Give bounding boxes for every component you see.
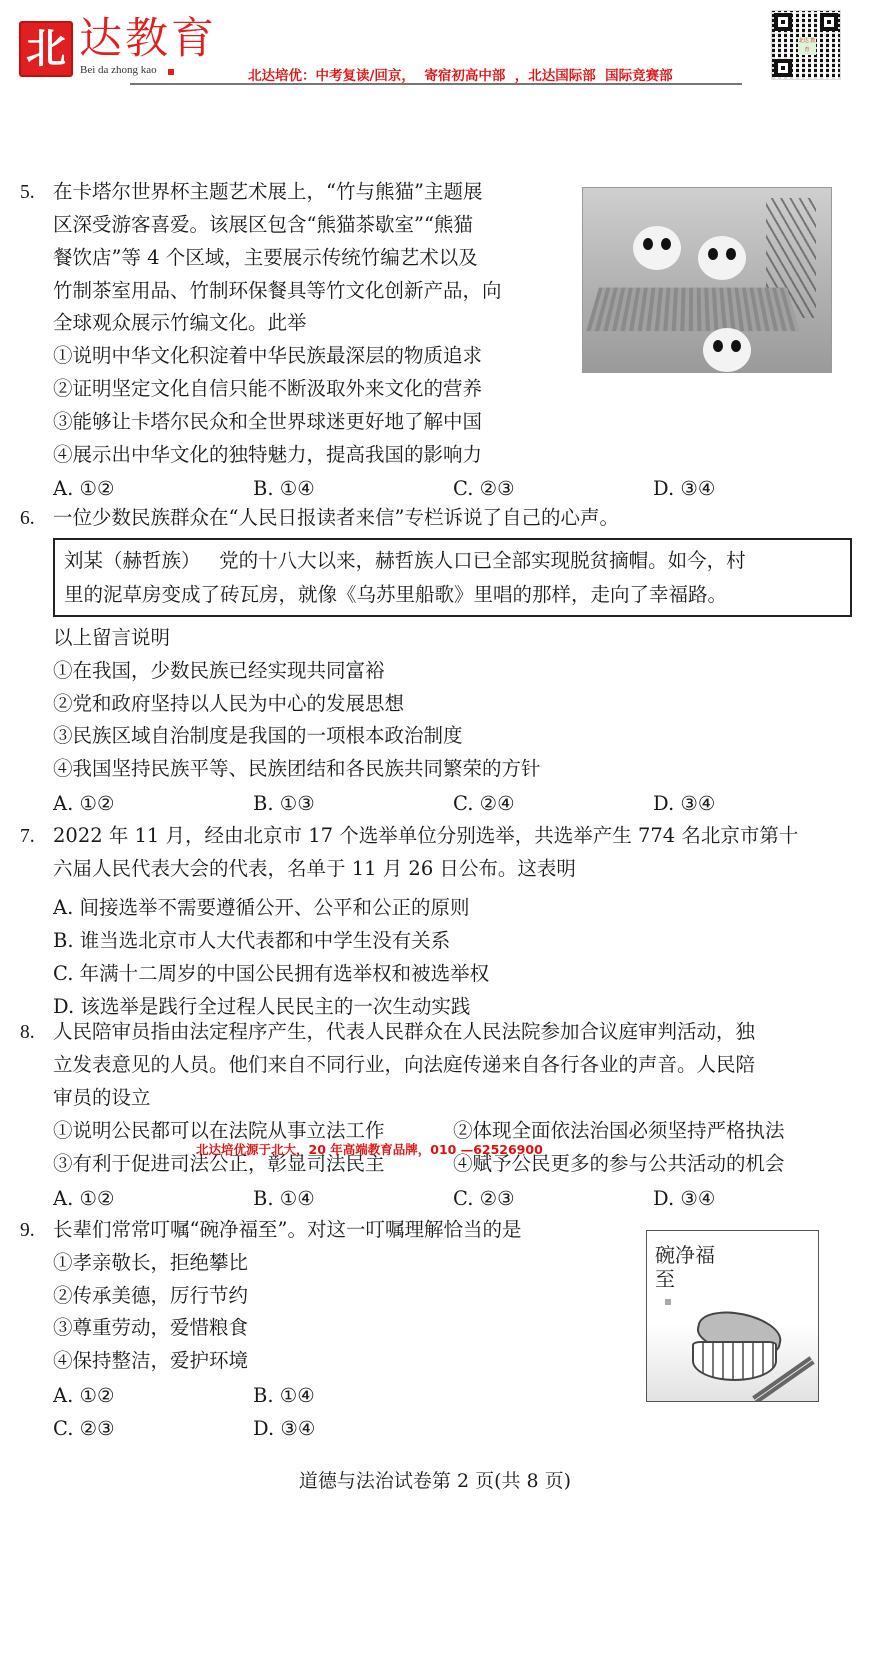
q9-option-c[interactable]: C. ②③ bbox=[53, 1417, 115, 1440]
panda-toy bbox=[703, 328, 751, 372]
panda-toy bbox=[633, 226, 681, 270]
watermark: 北达培优源于北大，20 年高端教育品牌，010 —62526900 bbox=[196, 1140, 543, 1158]
q9-statement: ②传承美德，厉行节约 bbox=[53, 1286, 248, 1306]
q5-statement: ③能够让卡塔尔民众和全世界球迷更好地了解中国 bbox=[53, 412, 482, 432]
header-divider bbox=[130, 83, 742, 85]
q6-statement: ②党和政府坚持以人民为中心的发展思想 bbox=[53, 694, 404, 714]
q6-quote-line: 刘某（赫哲族） 党的十八大以来，赫哲族人口已全部实现脱贫摘帽。如今，村 bbox=[64, 551, 746, 571]
q6-option-d[interactable]: D. ③④ bbox=[653, 792, 715, 815]
panda-exhibition-photo bbox=[582, 187, 832, 373]
seal-mark bbox=[665, 1299, 671, 1305]
q8-stem-line: 人民陪审员指由法定程序产生，代表人民群众在人民法院参加合议庭审判活动，独 bbox=[53, 1022, 755, 1042]
q5-stem-line: 全球观众展示竹编文化。此举 bbox=[53, 313, 307, 333]
q6-option-a[interactable]: A. ①② bbox=[53, 792, 114, 815]
q8-option-b[interactable]: B. ①④ bbox=[253, 1187, 315, 1210]
question-number: 7. bbox=[20, 826, 35, 848]
q5-statement: ②证明坚定文化自信只能不断汲取外来文化的营养 bbox=[53, 379, 482, 399]
q8-statement: ②体现全面依法治国必须坚持严格执法 bbox=[453, 1121, 785, 1141]
q6-statement: ④我国坚持民族平等、民族团结和各民族共同繁荣的方针 bbox=[53, 759, 541, 779]
q6-option-c[interactable]: C. ②④ bbox=[453, 792, 515, 815]
q8-stem-line: 审员的设立 bbox=[53, 1088, 151, 1108]
bowl-icon bbox=[692, 1341, 777, 1381]
q8-option-a[interactable]: A. ①② bbox=[53, 1187, 114, 1210]
q6-option-b[interactable]: B. ①③ bbox=[253, 792, 315, 815]
question-number: 9. bbox=[20, 1220, 35, 1242]
page-footer: 道德与法治试卷第 2 页(共 8 页) bbox=[0, 1466, 870, 1493]
q7-stem-line: 六届人民代表大会的代表，名单于 11 月 26 日公布。这表明 bbox=[53, 859, 576, 879]
panda-toy bbox=[698, 236, 746, 280]
q5-option-d[interactable]: D. ③④ bbox=[653, 477, 715, 500]
q5-stem-line: 在卡塔尔世界杯主题艺术展上，“竹与熊猫”主题展 bbox=[53, 182, 482, 202]
bowl-illustration: 碗净福至 bbox=[646, 1230, 819, 1402]
q5-option-a[interactable]: A. ①② bbox=[53, 477, 114, 500]
qr-finder bbox=[774, 13, 792, 31]
qr-center-label: 北达 教育 bbox=[798, 37, 816, 55]
bowl-calligraphy: 碗净福至 bbox=[655, 1243, 715, 1291]
q6-lead: 以上留言说明 bbox=[53, 628, 170, 648]
question-number: 5. bbox=[20, 182, 35, 204]
question-number: 8. bbox=[20, 1022, 35, 1044]
q9-stem-line: 长辈们常常叮嘱“碗净福至”。对这一叮嘱理解恰当的是 bbox=[53, 1220, 521, 1240]
q5-stem-line: 区深受游客喜爱。该展区包含“熊猫茶歇室”“熊猫 bbox=[53, 215, 473, 235]
q6-statement: ③民族区域自治制度是我国的一项根本政治制度 bbox=[53, 726, 463, 746]
header-slogan: 北达培优：中考复读/回京， 寄宿初高中部 ，北达国际部 国际竞赛部 bbox=[248, 64, 673, 84]
q6-stem-line: 一位少数民族群众在“人民日报读者来信”专栏诉说了自己的心声。 bbox=[53, 508, 619, 528]
q5-option-b[interactable]: B. ①④ bbox=[253, 477, 315, 500]
q9-option-a[interactable]: A. ①② bbox=[53, 1384, 114, 1407]
q8-statement: ①说明公民都可以在法院从事立法工作 bbox=[53, 1121, 385, 1141]
logo-title: 达教育 bbox=[79, 18, 217, 61]
q7-option-a[interactable]: A. 间接选举不需要遵循公开、公平和公正的原则 bbox=[53, 892, 469, 920]
q6-quote-line: 里的泥草房变成了砖瓦房，就像《乌苏里船歌》里唱的那样，走向了幸福路。 bbox=[64, 585, 727, 605]
qr-finder bbox=[820, 13, 838, 31]
q5-stem-line: 餐饮店”等 4 个区域，主要展示传统竹编艺术以及 bbox=[53, 248, 478, 268]
q9-statement: ④保持整洁，爱护环境 bbox=[53, 1351, 248, 1371]
q7-option-b[interactable]: B. 谁当选北京市人大代表都和中学生没有关系 bbox=[53, 925, 450, 953]
q8-option-d[interactable]: D. ③④ bbox=[653, 1187, 715, 1210]
qr-code-icon: 北达 教育 bbox=[771, 10, 841, 80]
q8-stem-line: 立发表意见的人员。他们来自不同行业，向法庭传递来自各行各业的声音。人民陪 bbox=[53, 1055, 755, 1075]
logo-char: 北 bbox=[26, 29, 66, 69]
q7-stem-line: 2022 年 11 月，经由北京市 17 个选举单位分别选举，共选举产生 774… bbox=[53, 826, 798, 846]
logo-subtitle: Beì da zhong kao bbox=[80, 64, 157, 76]
q6-statement: ①在我国，少数民族已经实现共同富裕 bbox=[53, 661, 385, 681]
q5-statement: ①说明中华文化积淀着中华民族最深层的物质追求 bbox=[53, 346, 482, 366]
q9-statement: ①孝亲敬长，拒绝攀比 bbox=[53, 1253, 248, 1273]
q8-option-c[interactable]: C. ②③ bbox=[453, 1187, 515, 1210]
bamboo-table bbox=[586, 288, 799, 331]
q5-stem-line: 竹制茶室用品、竹制环保餐具等竹文化创新产品，向 bbox=[53, 281, 502, 301]
q7-option-d[interactable]: D. 该选举是践行全过程人民民主的一次生动实践 bbox=[53, 991, 470, 1019]
q9-option-b[interactable]: B. ①④ bbox=[253, 1384, 315, 1407]
q9-statement: ③尊重劳动，爱惜粮食 bbox=[53, 1318, 248, 1338]
question-number: 6. bbox=[20, 508, 35, 530]
qr-finder bbox=[774, 59, 792, 77]
logo-dot bbox=[168, 69, 174, 75]
q9-option-d[interactable]: D. ③④ bbox=[253, 1417, 315, 1440]
logo-mark: 北 bbox=[19, 21, 73, 77]
q7-option-c[interactable]: C. 年满十二周岁的中国公民拥有选举权和被选举权 bbox=[53, 958, 489, 986]
q5-statement: ④展示出中华文化的独特魅力，提高我国的影响力 bbox=[53, 445, 482, 465]
q5-option-c[interactable]: C. ②③ bbox=[453, 477, 515, 500]
